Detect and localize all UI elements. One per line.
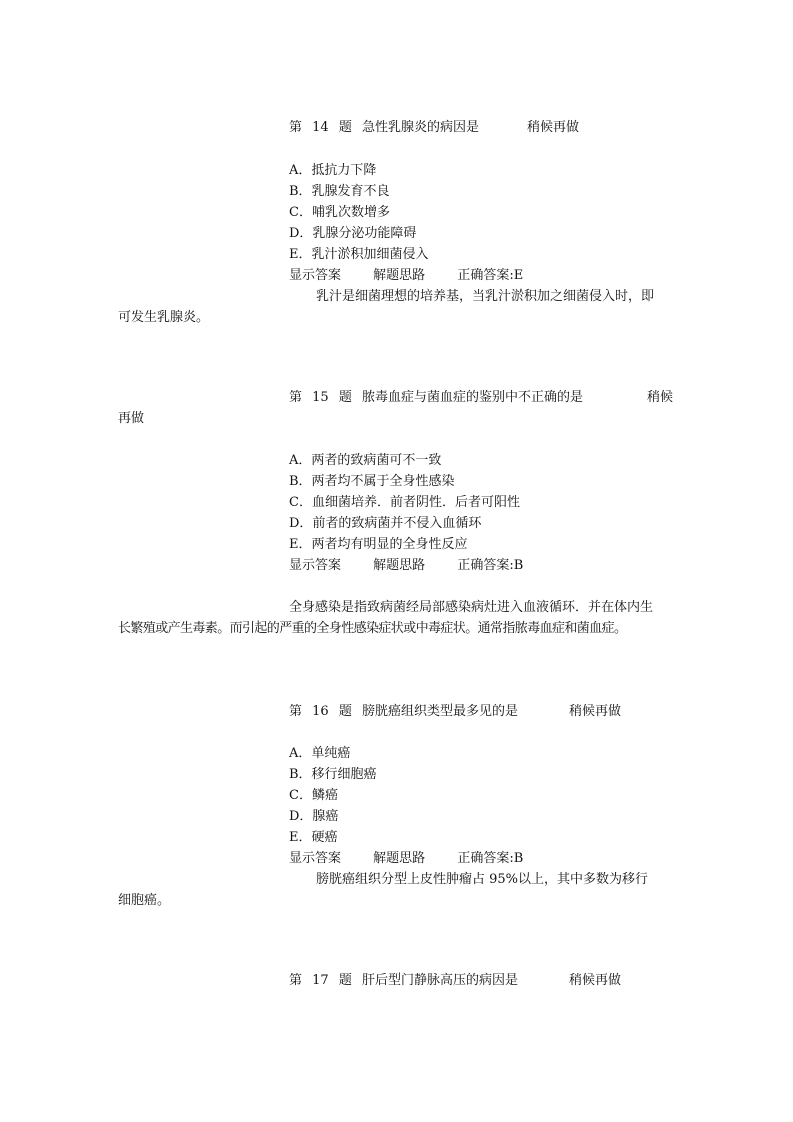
show-answer-link[interactable]: 显示答案 [289, 558, 341, 573]
option-a[interactable]: A．两者的致病菌可不一致 [289, 453, 441, 469]
question-stem: 肝后型门静脉高压的病因是 [362, 973, 518, 988]
correct-answer: 正确答案:B [457, 851, 523, 866]
answer-bar: 显示答案 解题思路 正确答案:B [289, 558, 523, 574]
analysis-line-1: 乳汁是细菌理想的培养基，当乳汁淤积加之细菌侵入时，即 [316, 289, 654, 305]
analysis-line-2: 可发生乳腺炎。 [118, 310, 209, 326]
question-prefix: 第 [289, 704, 302, 719]
question-number: 16 [312, 704, 329, 719]
question-number: 14 [312, 120, 329, 135]
question-header: 第 17 题 肝后型门静脉高压的病因是 [289, 973, 518, 989]
explain-link[interactable]: 解题思路 [373, 851, 425, 866]
question-suffix: 题 [339, 390, 352, 405]
show-answer-link[interactable]: 显示答案 [289, 268, 341, 283]
option-a[interactable]: A．抵抗力下降 [289, 163, 376, 179]
do-later-link[interactable]: 稍候再做 [569, 704, 621, 720]
analysis-line-2: 细胞癌。 [118, 893, 170, 909]
option-e[interactable]: E．硬癌 [289, 830, 338, 846]
question-stem: 脓毒血症与菌血症的鉴别中不正确的是 [362, 390, 583, 405]
question-suffix: 题 [339, 973, 352, 988]
analysis-line-1: 全身感染是指致病菌经局部感染病灶进入血液循环．并在体内生 [289, 600, 653, 616]
analysis-line-2: 长繁殖或产生毒素。而引起的严重的全身性感染症状或中毒症状。通常指脓毒血症和菌血症… [118, 621, 626, 637]
question-stem: 膀胱癌组织类型最多见的是 [362, 704, 518, 719]
do-later-link[interactable]: 稍候再做 [569, 973, 621, 989]
question-number: 15 [312, 390, 329, 405]
do-later-link-part2[interactable]: 再做 [118, 411, 144, 427]
answer-bar: 显示答案 解题思路 正确答案:B [289, 851, 523, 867]
correct-answer: 正确答案:E [457, 268, 523, 283]
option-e[interactable]: E．乳汁淤积加细菌侵入 [289, 247, 429, 263]
option-b[interactable]: B．乳腺发育不良 [289, 184, 390, 200]
option-c[interactable]: C．哺乳次数增多 [289, 205, 390, 221]
question-suffix: 题 [339, 120, 352, 135]
option-c[interactable]: C．鳞癌 [289, 788, 338, 804]
question-stem: 急性乳腺炎的病因是 [362, 120, 479, 135]
do-later-link-part1[interactable]: 稍候 [647, 390, 673, 406]
question-prefix: 第 [289, 390, 302, 405]
option-d[interactable]: D．腺癌 [289, 809, 338, 825]
question-suffix: 题 [339, 704, 352, 719]
explain-link[interactable]: 解题思路 [373, 268, 425, 283]
question-header: 第 14 题 急性乳腺炎的病因是 [289, 120, 479, 136]
correct-answer: 正确答案:B [457, 558, 523, 573]
option-d[interactable]: D．前者的致病菌并不侵入血循环 [289, 516, 481, 532]
question-header: 第 15 题 脓毒血症与菌血症的鉴别中不正确的是 [289, 390, 583, 406]
question-prefix: 第 [289, 120, 302, 135]
question-header: 第 16 题 膀胱癌组织类型最多见的是 [289, 704, 518, 720]
option-b[interactable]: B．两者均不属于全身性感染 [289, 474, 455, 490]
show-answer-link[interactable]: 显示答案 [289, 851, 341, 866]
analysis-line-1: 膀胱癌组织分型上皮性肿瘤占 95%以上，其中多数为移行 [316, 872, 648, 888]
do-later-link[interactable]: 稍候再做 [527, 120, 579, 136]
answer-bar: 显示答案 解题思路 正确答案:E [289, 268, 523, 284]
option-e[interactable]: E．两者均有明显的全身性反应 [289, 537, 468, 553]
option-d[interactable]: D．乳腺分泌功能障碍 [289, 226, 416, 242]
question-number: 17 [312, 973, 329, 988]
option-a[interactable]: A．单纯癌 [289, 746, 350, 762]
option-b[interactable]: B．移行细胞癌 [289, 767, 377, 783]
explain-link[interactable]: 解题思路 [373, 558, 425, 573]
question-prefix: 第 [289, 973, 302, 988]
option-c[interactable]: C．血细菌培养．前者阴性．后者可阳性 [289, 495, 520, 511]
